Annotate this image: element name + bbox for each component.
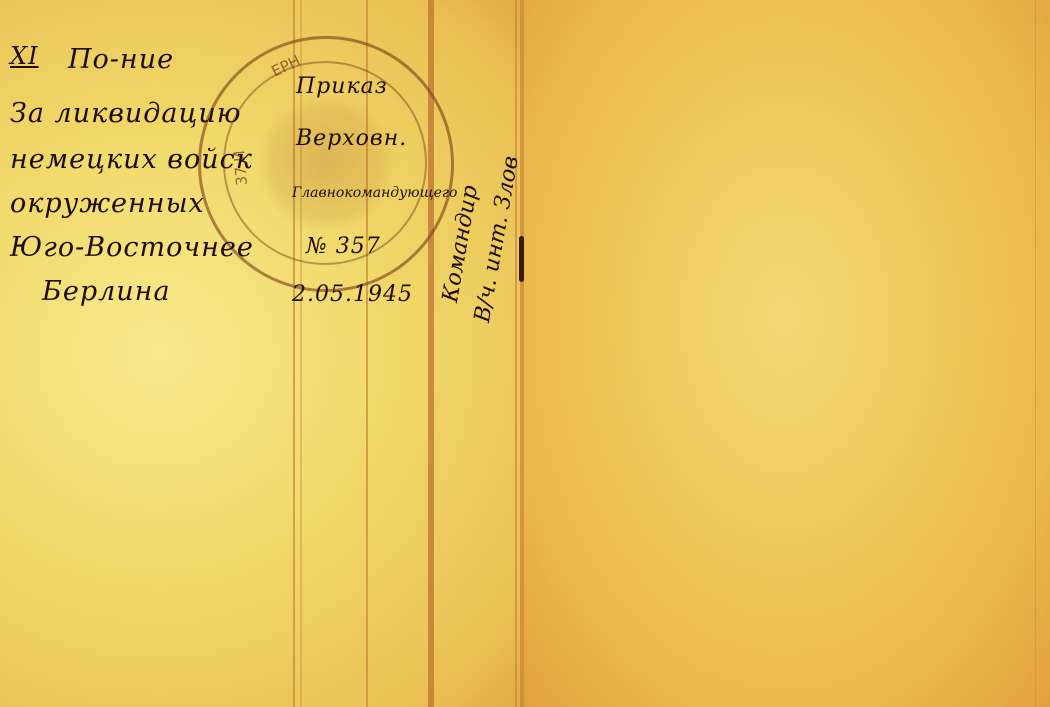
text-line: окруженных	[10, 190, 205, 217]
order-line: Верховн.	[296, 128, 407, 150]
order-number: № 357	[306, 236, 381, 258]
emblem-icon	[256, 94, 396, 234]
page-edge	[1035, 0, 1036, 707]
text-line: Юго-Восточнее	[10, 234, 254, 261]
staple-slit	[519, 236, 524, 282]
ruling-line	[515, 0, 517, 707]
order-line: Главнокомандующего	[292, 186, 457, 200]
page-fold	[520, 0, 524, 707]
text-line: Берлина	[42, 278, 171, 305]
section-marker: XI	[10, 44, 39, 68]
right-page-blank	[520, 0, 1050, 707]
order-line: Приказ	[296, 76, 388, 98]
text-line: За ликвидацию	[10, 100, 242, 127]
text-line: По-ние	[68, 46, 174, 73]
text-line: немецких войск	[10, 146, 253, 173]
order-date: 2.05.1945	[292, 284, 413, 306]
